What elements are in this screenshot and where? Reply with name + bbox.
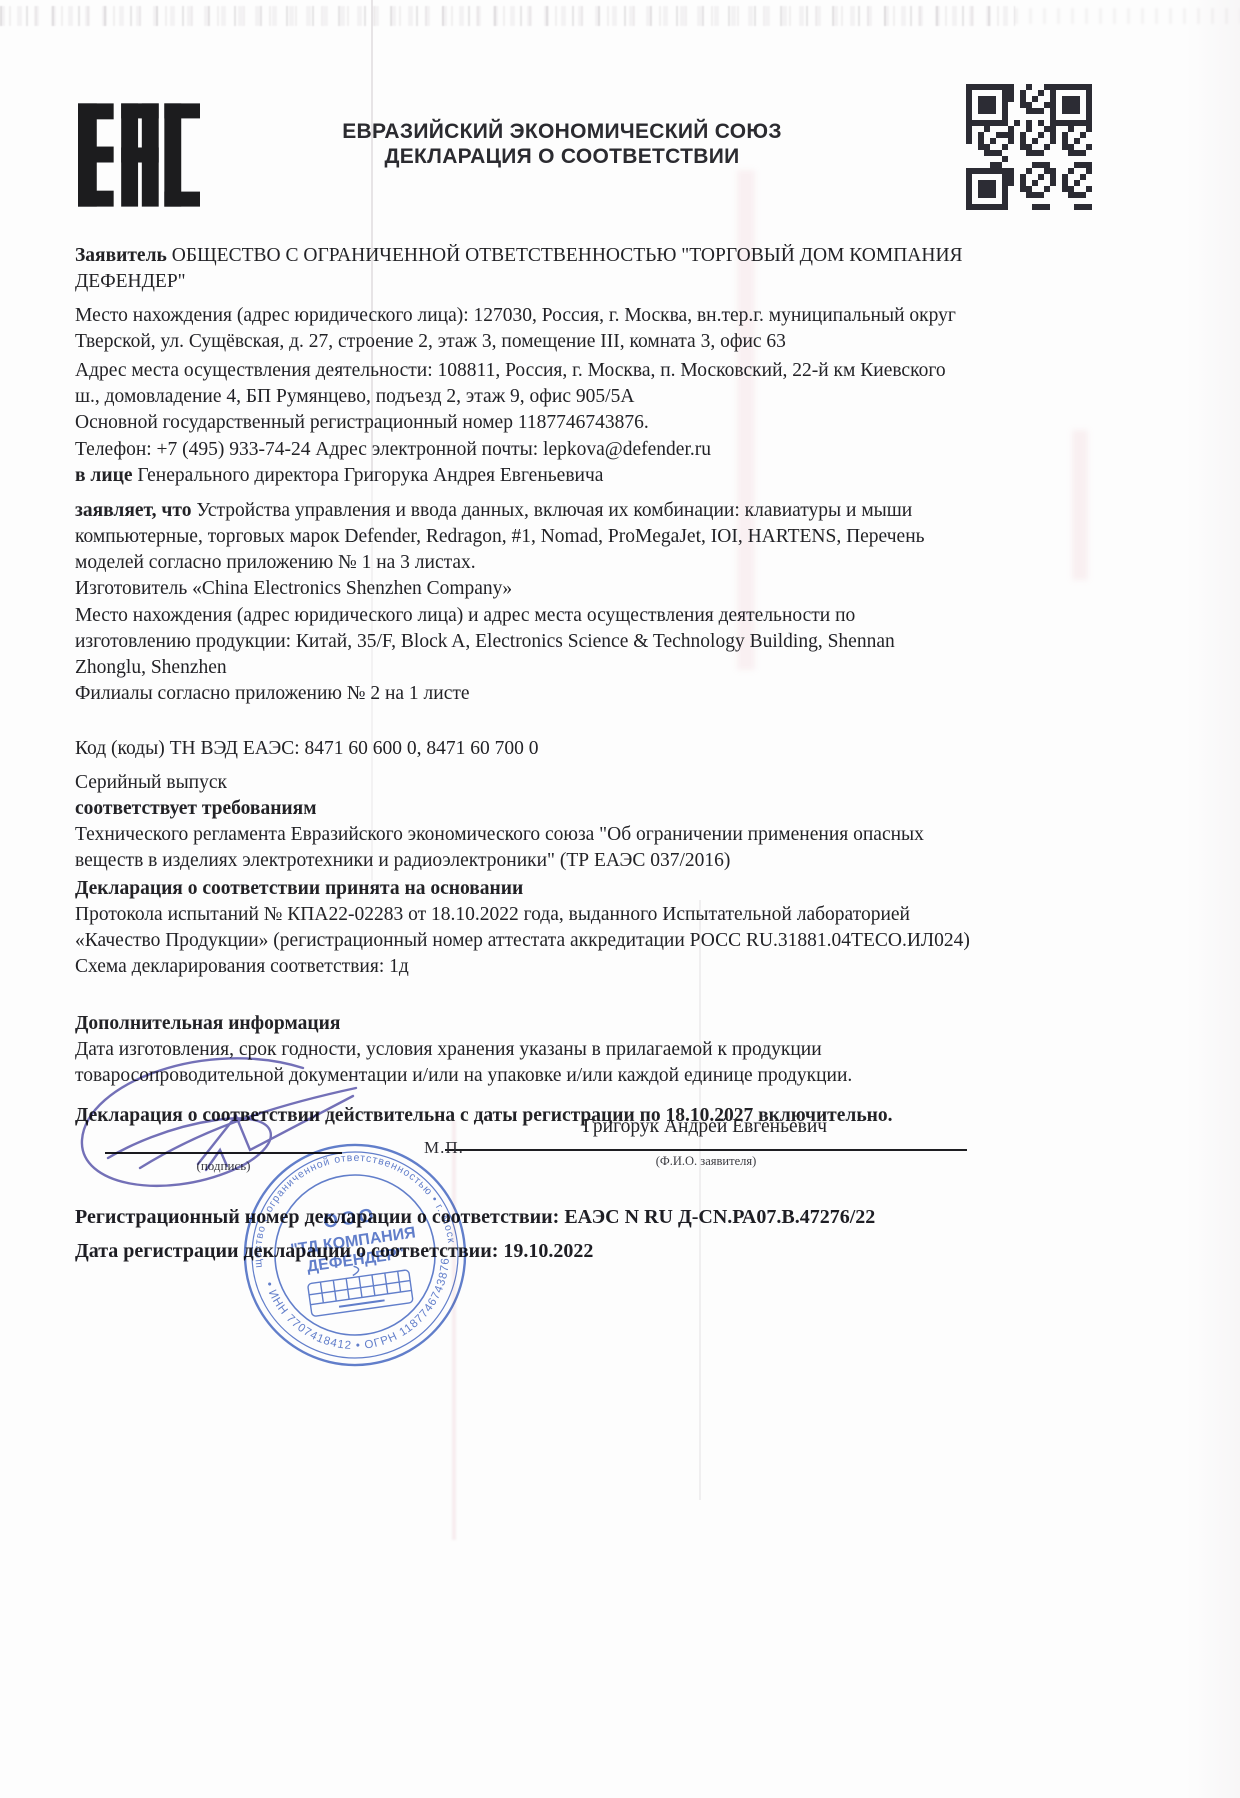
- applicant-paragraph: Заявитель ОБЩЕСТВО С ОГРАНИЧЕННОЙ ОТВЕТС…: [75, 243, 970, 295]
- document-title: ЕВРАЗИЙСКИЙ ЭКОНОМИЧЕСКИЙ СОЮЗ ДЕКЛАРАЦИ…: [287, 119, 837, 169]
- tnved-line: Код (коды) ТН ВЭД ЕАЭС: 8471 60 600 0, 8…: [75, 736, 970, 762]
- stamp-center-ooo: ООО: [322, 1205, 378, 1233]
- company-stamp: Общество с ограниченной ответственностью…: [225, 1125, 485, 1385]
- name-caption: (Ф.И.О. заявителя): [445, 1154, 967, 1169]
- qr-code: [966, 84, 1092, 210]
- manufacturer-line: Изготовитель «China Electronics Shenzhen…: [75, 576, 970, 602]
- legal-address: Место нахождения (адрес юридического лиц…: [75, 303, 970, 355]
- applicant-name: Григорук Андрей Евгеньевич: [445, 1116, 965, 1138]
- title-line-2: ДЕКЛАРАЦИЯ О СООТВЕТСТВИИ: [287, 144, 837, 169]
- scan-noise-strip: [0, 6, 1015, 26]
- branches-line: Филиалы согласно приложению № 2 на 1 лис…: [75, 681, 970, 707]
- title-line-1: ЕВРАЗИЙСКИЙ ЭКОНОМИЧЕСКИЙ СОЮЗ: [287, 119, 837, 144]
- basis-heading: Декларация о соответствии принята на осн…: [75, 876, 970, 902]
- declares-text: Устройства управления и ввода данных, вк…: [75, 500, 925, 573]
- scan-edge-shade: [1186, 0, 1240, 1798]
- ogrn-line: Основной государственный регистрационный…: [75, 410, 970, 436]
- serial-line: Серийный выпуск: [75, 770, 970, 796]
- represented-by-paragraph: в лице Генерального директора Григорука …: [75, 463, 970, 489]
- declares-paragraph: заявляет, что Устройства управления и вв…: [75, 498, 970, 576]
- activity-address: Адрес места осуществления деятельности: …: [75, 358, 970, 410]
- scan-color-band: [1072, 430, 1088, 580]
- meets-requirements-text: Технического регламента Евразийского эко…: [75, 822, 970, 874]
- manufacturer-address: Место нахождения (адрес юридического лиц…: [75, 603, 970, 681]
- represented-by-text: Генерального директора Григорука Андрея …: [132, 465, 603, 486]
- name-underline: [445, 1149, 967, 1151]
- registration-number-line: Регистрационный номер декларации о соотв…: [75, 1206, 875, 1229]
- document-body: Заявитель ОБЩЕСТВО С ОГРАНИЧЕННОЙ ОТВЕТС…: [75, 243, 970, 1129]
- phone-email-line: Телефон: +7 (495) 933-74-24 Адрес электр…: [75, 437, 970, 463]
- basis-text: Протокола испытаний № КПА22-02283 от 18.…: [75, 902, 970, 954]
- applicant-text: ОБЩЕСТВО С ОГРАНИЧЕННОЙ ОТВЕТСТВЕННОСТЬЮ…: [75, 245, 963, 292]
- scan-noise-strip-right: [1015, 8, 1240, 24]
- meets-requirements-heading: соответствует требованиям: [75, 796, 970, 822]
- represented-by-label: в лице: [75, 465, 132, 486]
- eac-logo-icon: [78, 100, 200, 210]
- scheme-line: Схема декларирования соответствия: 1д: [75, 954, 970, 980]
- scanned-declaration-page: ЕВРАЗИЙСКИЙ ЭКОНОМИЧЕСКИЙ СОЮЗ ДЕКЛАРАЦИ…: [0, 0, 1240, 1798]
- declares-label: заявляет, что: [75, 500, 192, 521]
- applicant-label: Заявитель: [75, 245, 167, 266]
- additional-info-heading: Дополнительная информация: [75, 1011, 970, 1037]
